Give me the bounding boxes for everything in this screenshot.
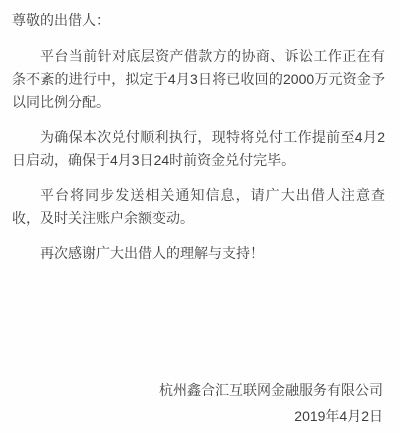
- notice-paragraph-4: 再次感谢广大出借人的理解与支持！: [12, 242, 385, 265]
- signature-date: 2019年4月2日: [12, 403, 383, 429]
- notice-paragraph-3: 平台将同步发送相关通知信息，请广大出借人注意查收，及时关注账户余额变动。: [12, 184, 385, 230]
- notice-document: 尊敬的出借人： 平台当前针对底层资产借款方的协商、诉讼工作正在有条不紊的进行中，…: [0, 0, 400, 433]
- notice-paragraph-1: 平台当前针对底层资产借款方的协商、诉讼工作正在有条不紊的进行中，拟定于4月3日将…: [12, 45, 385, 114]
- signature-block: 杭州鑫合汇互联网金融服务有限公司 2019年4月2日: [12, 377, 385, 429]
- greeting-line: 尊敬的出借人：: [12, 9, 385, 32]
- notice-paragraph-2: 为确保本次兑付顺利执行，现特将兑付工作提前至4月2日启动，确保于4月3日24时前…: [12, 126, 385, 172]
- company-name: 杭州鑫合汇互联网金融服务有限公司: [12, 377, 383, 403]
